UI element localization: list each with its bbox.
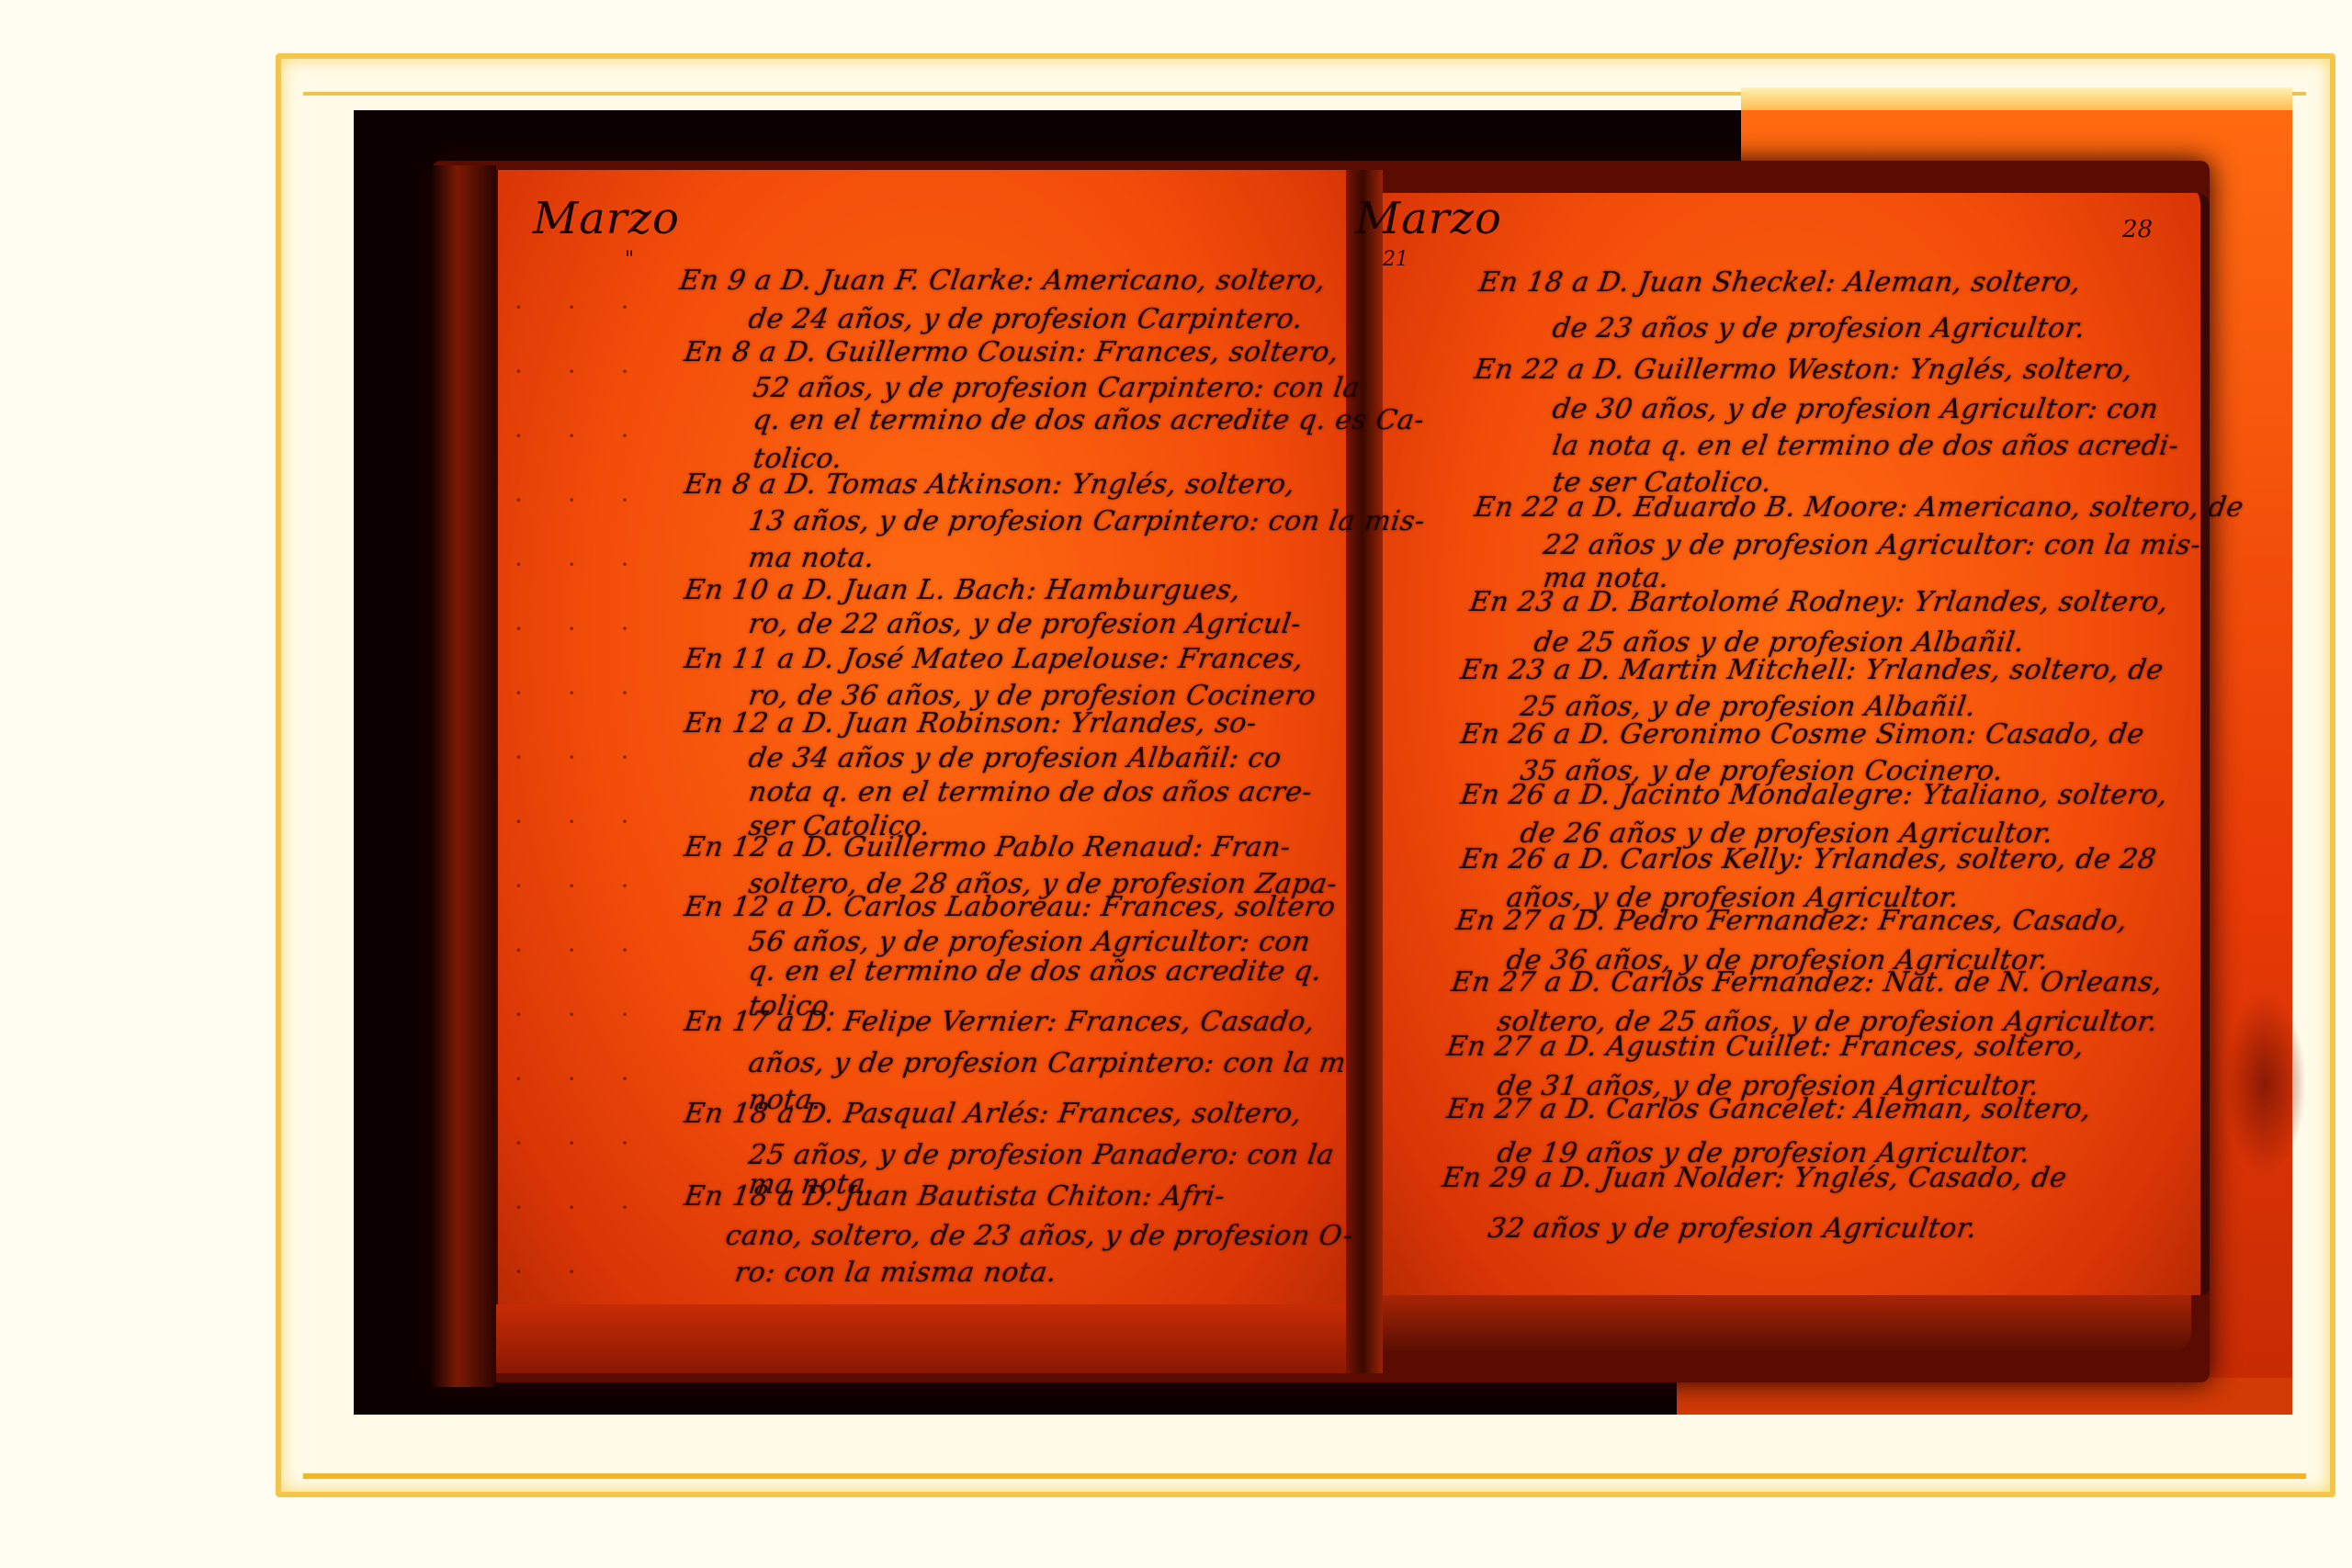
text-line: q. en el termino de dos años acredite q.… <box>752 404 1427 436</box>
text-line: En 26 a D. Carlos Kelly: Yrlandes, solte… <box>1459 843 2159 875</box>
backing-bottom-panel <box>1677 1378 2292 1415</box>
text-line: 52 años, y de profesion Carpintero: con … <box>752 372 1363 404</box>
text-line: En 26 a D. Jacinto Mondalegre: Ytaliano,… <box>1459 779 2170 811</box>
text-line: ro: con la misma nota. <box>733 1257 1059 1289</box>
left-page-lower-margin <box>496 1304 1355 1373</box>
right-page-subheading: 21 <box>1383 248 1408 271</box>
left-margin-bleed: · · ·· · ·· · ·· · ·· · ·· · ·· · ·· · ·… <box>514 276 652 1304</box>
text-line: En 18 a D. Pasqual Arlés: Frances, solte… <box>683 1098 1305 1130</box>
text-line: En 9 a D. Juan F. Clarke: Americano, sol… <box>678 265 1329 297</box>
text-line: En 8 a D. Tomas Atkinson: Ynglés, solter… <box>683 468 1297 501</box>
folio-number: 28 <box>2122 216 2153 243</box>
book-gutter <box>1346 170 1383 1373</box>
text-line: de 24 años, y de profesion Carpintero. <box>747 303 1306 335</box>
text-line: En 22 a D. Eduardo B. Moore: Americano, … <box>1473 491 2246 524</box>
text-line: En 17 a D. Felipe Vernier: Frances, Casa… <box>683 1006 1317 1038</box>
text-line: En 27 a D. Carlos Fernandez: Nat. de N. … <box>1450 966 2165 998</box>
water-stain <box>2223 992 2306 1176</box>
text-line: 25 años, y de profesion Panadero: con la <box>747 1139 1337 1171</box>
text-line: En 12 a D. Juan Robinson: Yrlandes, so- <box>683 707 1260 739</box>
text-line: En 23 a D. Martin Mitchell: Yrlandes, so… <box>1459 654 2166 686</box>
text-line: cano, soltero, de 23 años, y de profesio… <box>724 1220 1356 1252</box>
right-page-lower-margin <box>1374 1295 2191 1350</box>
text-line: de 23 años y de profesion Agricultor. <box>1551 312 2087 344</box>
text-line: ma nota. <box>747 542 877 574</box>
text-line: de 34 años y de profesion Albañil: co <box>747 742 1284 774</box>
text-line: años, y de profesion Carpintero: con la … <box>747 1047 1349 1079</box>
text-line: En 18 a D. Juan Sheckel: Aleman, soltero… <box>1477 266 2084 299</box>
text-line: En 23 a D. Bartolomé Rodney: Yrlandes, s… <box>1468 586 2171 618</box>
text-line: 32 años y de profesion Agricultor. <box>1487 1213 1979 1245</box>
text-line: q. en el termino de dos años acredite q. <box>747 955 1324 987</box>
text-line: En 22 a D. Guillermo Weston: Ynglés, sol… <box>1473 354 2135 386</box>
text-line: En 12 a D. Carlos Laboreau: Frances, sol… <box>683 891 1338 923</box>
text-line: nota q. en el termino de dos años acre- <box>747 776 1315 808</box>
text-line: En 11 a D. José Mateo Lapelouse: Frances… <box>683 643 1306 675</box>
text-line: En 18 a D. Juan Bautista Chiton: Afri- <box>683 1180 1227 1213</box>
text-line: En 26 a D. Geronimo Cosme Simon: Casado,… <box>1459 718 2147 750</box>
text-line: de 30 años, y de profesion Agricultor: c… <box>1551 393 2161 425</box>
text-line: ro, de 22 años, y de profesion Agricul- <box>747 608 1304 640</box>
text-line: En 27 a D. Agustin Cuillet: Frances, sol… <box>1445 1031 2086 1063</box>
text-line: En 10 a D. Juan L. Bach: Hamburgues, <box>683 574 1243 606</box>
text-line: la nota q. en el termino de dos años acr… <box>1551 430 2181 462</box>
left-page-subheading: " <box>625 248 634 271</box>
text-line: En 29 a D. Juan Nolder: Ynglés, Casado, … <box>1441 1162 2069 1194</box>
book-spine-edge <box>432 165 496 1387</box>
left-page-heading: Marzo <box>533 193 680 244</box>
right-page-heading: Marzo <box>1355 193 1502 244</box>
text-line: 22 años y de profesion Agricultor: con l… <box>1542 529 2203 561</box>
text-line: En 27 a D. Carlos Gancelet: Aleman, solt… <box>1445 1093 2094 1125</box>
text-line: 56 años, y de profesion Agricultor: con <box>747 926 1313 958</box>
text-line: En 27 a D. Pedro Fernandez: Frances, Cas… <box>1454 905 2130 937</box>
text-line: 13 años, y de profesion Carpintero: con … <box>747 505 1428 537</box>
text-line: En 12 a D. Guillermo Pablo Renaud: Fran- <box>683 831 1293 863</box>
text-line: En 8 a D. Guillermo Cousin: Frances, sol… <box>683 336 1341 368</box>
